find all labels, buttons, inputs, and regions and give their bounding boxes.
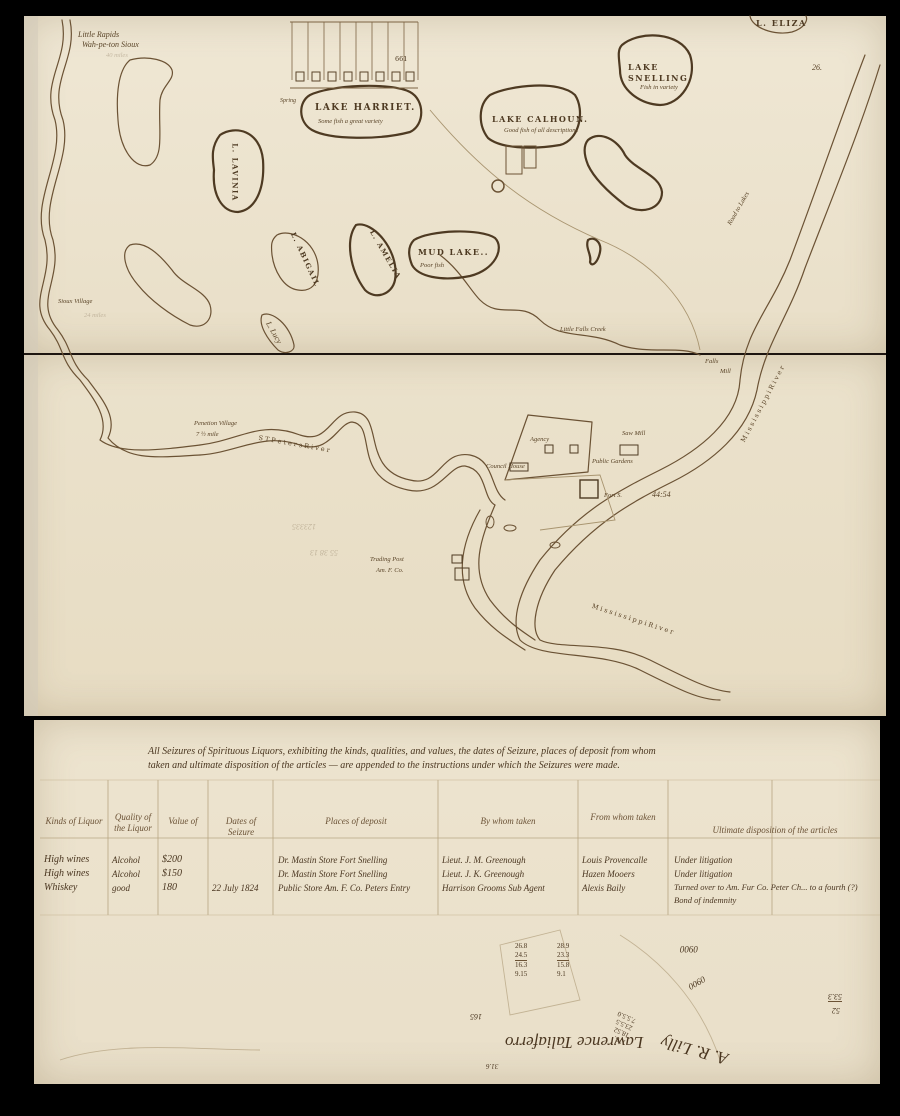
label-mill: Mill (720, 368, 731, 375)
document-intro-line-2: taken and ultimate disposition of the ar… (148, 760, 620, 771)
cell-place: Public Store Am. F. Co. Peters Entry (278, 881, 410, 895)
label-trading-post: Trading Post (370, 556, 404, 563)
label-lake-eliza: L. ELIZA (756, 18, 807, 28)
label-lake-snelling-note: Fish in variety (640, 84, 678, 91)
margin-number-165: 165 (470, 1012, 482, 1021)
cell-place: Dr. Mastin Store Fort Snelling (278, 853, 387, 867)
label-little-falls-creek: Little Falls Creek (560, 326, 606, 333)
label-council-house: Council House (486, 463, 525, 470)
margin-calc-1: 26.8 24.5 16.3 9.15 (515, 942, 527, 979)
page-number: 26. (812, 63, 822, 72)
calc-line: 28.9 (557, 942, 569, 951)
label-lake-calhoun-note: Good fish of all descriptions (504, 127, 578, 134)
column-header-from-whom: From whom taken (580, 812, 666, 823)
cell-disposition: Under litigation (674, 853, 732, 867)
cell-from-whom: Hazen Mooers (582, 867, 635, 881)
label-spring: Spring (280, 98, 296, 104)
label-lake-snelling: LAKE SNELLING (628, 62, 684, 84)
calc-line: 26.8 (515, 942, 527, 951)
margin-fraction-bottom: 52 (832, 1006, 840, 1015)
margin-fraction-top: 53.3 (828, 992, 842, 1002)
margin-calc-2: 28.9 23.3 15.8 9.1 (557, 942, 569, 979)
label-public-gardens: Public Gardens (592, 458, 633, 465)
calc-line: 24.5 (515, 951, 527, 961)
column-header-quality: Quality of the Liquor (110, 812, 156, 834)
calc-line: 23.3 (557, 951, 569, 961)
label-little-rapids-distance: 40 miles (106, 52, 128, 59)
label-lake-calhoun: LAKE CALHOUN. (492, 114, 588, 124)
column-header-by-whom: By whom taken (440, 816, 576, 827)
cell-by-whom: Harrison Grooms Sub Agent (442, 881, 545, 895)
label-penetion-village-distance: 7 ½ mile (196, 431, 219, 438)
label-penetion-village: Penetion Village (194, 420, 237, 427)
label-falls: Falls (705, 358, 718, 365)
cell-by-whom: Lieut. J. M. Greenough (442, 853, 526, 867)
calc-line: 16.3 (515, 961, 527, 970)
cell-quality: Alcohol (112, 867, 140, 881)
calc-line: 9.15 (515, 970, 527, 979)
cell-date: 22 July 1824 (212, 881, 259, 895)
cell-value: 180 (162, 881, 177, 895)
label-lake-lavinia: L. LAVINIA (231, 143, 240, 201)
cell-disposition: Turned over to Am. Fur Co. Peter Ch... t… (674, 881, 874, 907)
label-mud-lake-note: Poor fish (420, 262, 444, 269)
column-header-value: Value of (160, 816, 206, 827)
map-linework (0, 0, 900, 1116)
cell-quality: good (112, 881, 130, 895)
label-lake-harriet: LAKE HARRIET. (315, 103, 416, 113)
label-little-rapids: Little Rapids (78, 30, 119, 39)
cell-kind: High wines (44, 853, 89, 867)
column-header-date: Dates of Seizure (212, 816, 270, 838)
calc-line: 15.8 (557, 961, 569, 970)
cell-disposition: Under litigation (674, 867, 732, 881)
label-sioux-village: Sioux Village (58, 298, 92, 305)
label-agency: Agency (530, 436, 549, 443)
margin-bottom-marks: 31.6 (486, 1062, 498, 1070)
label-little-rapids-sub: Wah-pe-ton Sioux (82, 40, 139, 49)
cell-quality: Alcohol (112, 853, 140, 867)
label-mud-lake: MUD LAKE.. (418, 247, 489, 257)
cell-by-whom: Lieut. J. K. Greenough (442, 867, 524, 881)
tally-number: 661 (395, 55, 407, 63)
label-saw-mill: Saw Mill (622, 430, 645, 437)
ghost-numbers-2: 55 38 13 (310, 548, 338, 557)
label-fort-s: Fort S. (604, 492, 622, 499)
cell-from-whom: Louis Provencalle (582, 853, 647, 867)
document-intro-line-1: All Seizures of Spirituous Liquors, exhi… (148, 746, 656, 757)
label-lake-harriet-note: Some fish a great variety (318, 118, 383, 125)
margin-ghost-1: 0900 (680, 944, 698, 954)
column-header-disposition: Ultimate disposition of the articles (670, 825, 880, 836)
column-header-place: Places of deposit (276, 816, 436, 827)
label-latitude: 44:54 (652, 490, 671, 499)
upside-down-signature-taliaferro: Lawrence Taliaferro (505, 1032, 643, 1052)
label-sioux-village-distance: 24 miles (84, 312, 106, 319)
cell-value: $200 (162, 853, 182, 867)
ghost-numbers-1: 123335 (292, 522, 316, 531)
cell-kind: High wines (44, 867, 89, 881)
cell-value: $150 (162, 867, 182, 881)
cell-kind: Whiskey (44, 881, 77, 895)
calc-line: 9.1 (557, 970, 569, 979)
label-trading-post-sub: Am. F. Co. (376, 567, 404, 574)
cell-place: Dr. Mastin Store Fort Snelling (278, 867, 387, 881)
cell-from-whom: Alexis Baily (582, 881, 625, 895)
column-header-kind: Kinds of Liquor (42, 816, 106, 827)
